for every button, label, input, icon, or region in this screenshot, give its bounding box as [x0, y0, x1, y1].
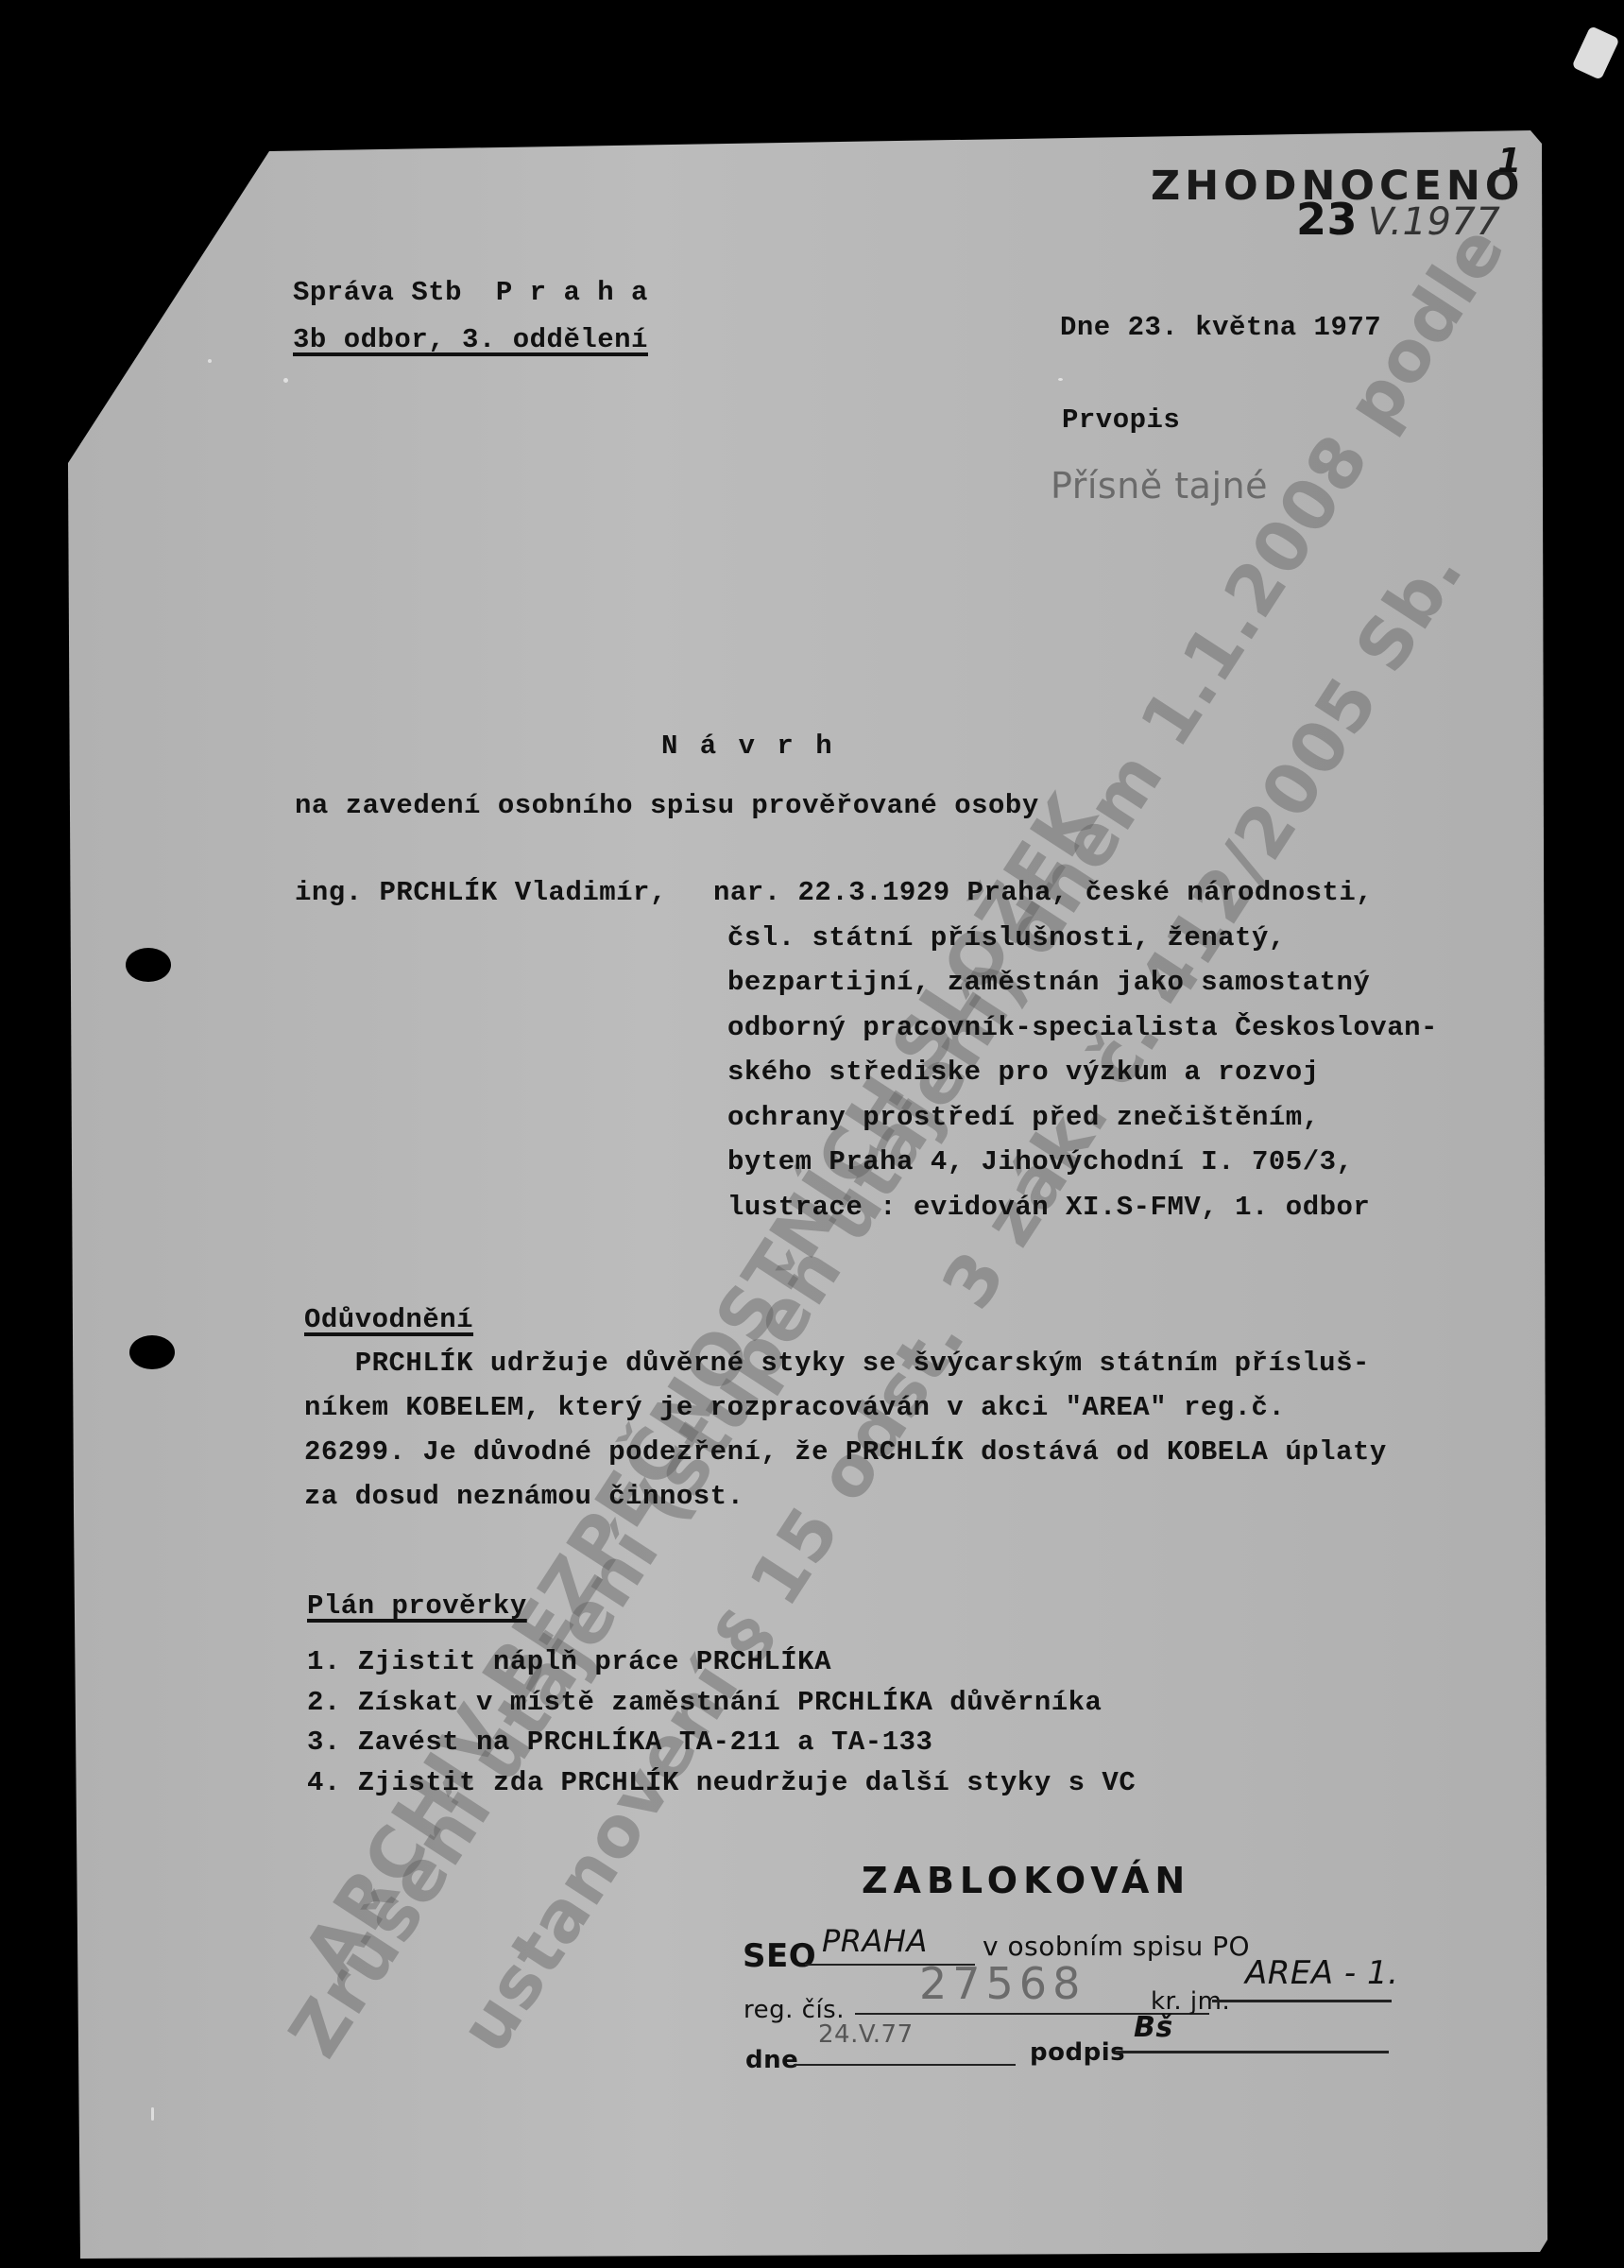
- justification-line: níkem KOBELEM, který je rozpracováván v …: [304, 1392, 1285, 1423]
- subject-detail-line: ského střediske pro výzkum a rozvoj: [727, 1057, 1320, 1088]
- office-name: Správa Stb P r a h a: [293, 277, 648, 308]
- subject-detail-line: čsl. státní příslušnosti, ženatý,: [727, 922, 1286, 954]
- date-line: [794, 2064, 1016, 2066]
- subject-detail-line: odborný pracovník-specialista Českoslova…: [727, 1012, 1438, 1043]
- document-title: N á v r h: [661, 730, 835, 762]
- plan-heading: Plán prověrky: [307, 1590, 527, 1622]
- date-label: dne: [745, 2046, 798, 2074]
- justification-line: PRCHLÍK udržuje důvěrné styky se švýcars…: [304, 1348, 1370, 1379]
- document-date: Dne 23. května 1977: [1060, 312, 1381, 343]
- plan-item: 3. Zavést na PRCHLÍKA TA-211 a TA-133: [307, 1727, 932, 1758]
- evaluated-stamp-date: V.1977: [1368, 200, 1500, 244]
- justification-line: 26299. Je důvodné podezření, že PRCHLÍK …: [304, 1436, 1387, 1468]
- copy-label: Prvopis: [1062, 404, 1180, 436]
- blocked-stamp-title: ZABLOKOVÁN: [862, 1860, 1190, 1901]
- page-number: 1: [1497, 142, 1522, 180]
- signature-line: [1115, 2051, 1389, 2053]
- punch-hole: [126, 948, 171, 982]
- codename-value: AREA - 1.: [1245, 1954, 1398, 1992]
- date-value: 24.V.77: [818, 2020, 914, 2049]
- speck: [283, 378, 288, 383]
- evaluated-stamp-day: 23: [1296, 194, 1358, 245]
- punch-hole: [129, 1335, 175, 1369]
- signature-label: podpis: [1030, 2038, 1125, 2067]
- seo-label: SEO: [743, 1937, 816, 1975]
- plan-item: 4. Zjistit zda PRCHLÍK neudržuje další s…: [307, 1767, 1136, 1798]
- plan-item: 1. Zjistit náplň práce PRCHLÍKA: [307, 1646, 831, 1677]
- codename-line: [1212, 2000, 1392, 2002]
- speck: [1058, 378, 1063, 381]
- subject-detail-line: bytem Praha 4, Jihovýchodní I. 705/3,: [727, 1146, 1353, 1177]
- subject-name: ing. PRCHLÍK Vladimír,: [295, 877, 667, 908]
- subject-detail-line: lustrace : evidován XI.S-FMV, 1. odbor: [727, 1192, 1370, 1223]
- signature-value: Bš: [1134, 2011, 1173, 2044]
- speck: [151, 2107, 154, 2121]
- speck: [208, 359, 212, 363]
- dust-fragment: [1571, 26, 1619, 80]
- justification-heading: Odůvodnění: [304, 1304, 473, 1335]
- subject-detail-line: ochrany prostředí před znečištěním,: [727, 1102, 1320, 1133]
- subject-detail-line: bezpartijní, zaměstnán jako samostatný: [727, 967, 1370, 998]
- seo-value: PRAHA: [822, 1923, 928, 1959]
- subject-detail-line: nar. 22.3.1929 Praha, české národnosti,: [713, 877, 1373, 908]
- document-subtitle: na zavedení osobního spisu prověřované o…: [295, 790, 1039, 821]
- justification-line: za dosud neznámou činnost.: [304, 1481, 744, 1512]
- reg-number-value: 27568: [919, 1958, 1086, 2009]
- office-department: 3b odbor, 3. oddělení: [293, 324, 648, 355]
- classification-stamp: Přísně tajné: [1051, 465, 1268, 507]
- plan-item: 2. Získat v místě zaměstnání PRCHLÍKA dů…: [307, 1687, 1102, 1718]
